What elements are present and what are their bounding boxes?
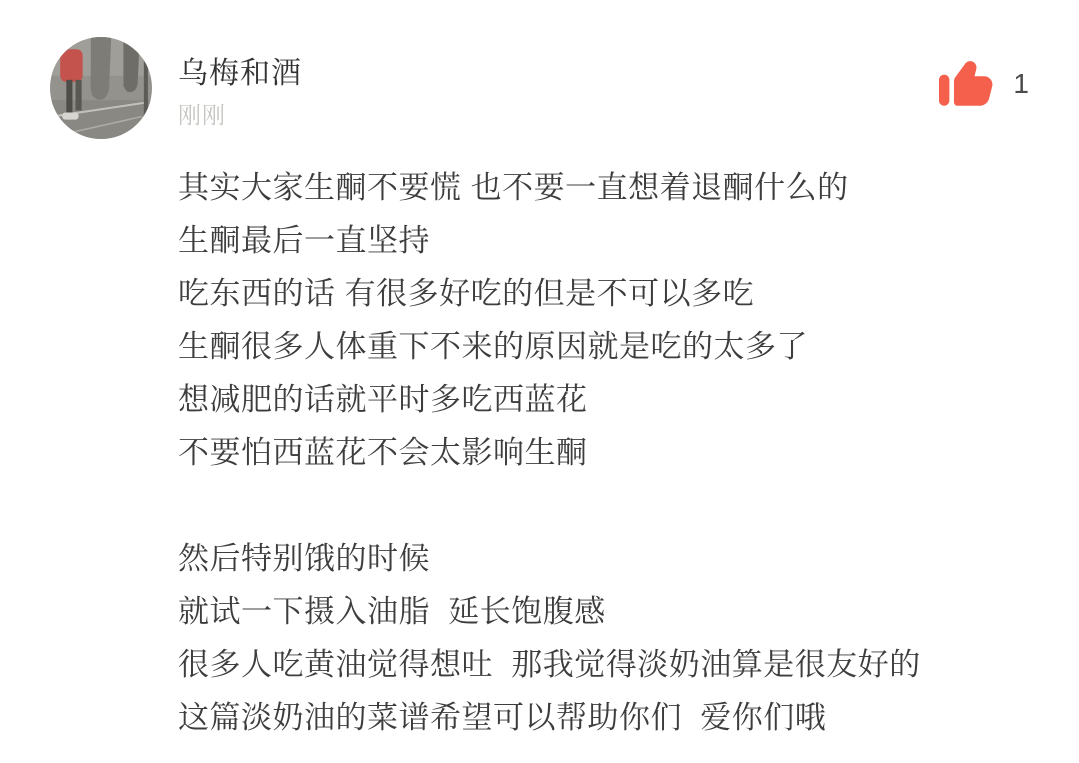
comment-text-line: 就试一下摄入油脂 延长饱腹感 [178,585,1028,638]
comment-text-line: 然后特别饿的时候 [178,532,1028,585]
comment-text-line: 生酮很多人体重下不来的原因就是吃的太多了 [178,320,1028,373]
thumb-up-icon [939,59,993,109]
like-count: 1 [1013,68,1029,100]
comment-text-line: 其实大家生酮不要慌 也不要一直想着退酮什么的 [178,161,1028,214]
comment-text-line: 想减肥的话就平时多吃西蓝花 [178,373,1028,426]
comment-body: 其实大家生酮不要慌 也不要一直想着退酮什么的生酮最后一直坚持吃东西的话 有很多好… [178,161,1028,744]
timestamp: 刚刚 [178,97,226,130]
comment-text-line: 不要怕西蓝花不会太影响生酮 [178,426,1028,479]
comment-text-line: 吃东西的话 有很多好吃的但是不可以多吃 [178,267,1028,320]
avatar[interactable] [50,37,152,139]
like-button[interactable] [939,58,993,110]
username[interactable]: 乌梅和酒 [178,48,302,92]
comment-text-line [178,479,1028,532]
comment-text-line: 很多人吃黄油觉得想吐 那我觉得淡奶油算是很友好的 [178,638,1028,691]
comment-card: 乌梅和酒 刚刚 1 其实大家生酮不要慌 也不要一直想着退酮什么的生酮最后一直坚持… [0,0,1079,763]
comment-text-line: 生酮最后一直坚持 [178,214,1028,267]
like-group: 1 [939,58,1029,110]
comment-text-line: 这篇淡奶油的菜谱希望可以帮助你们 爱你们哦 [178,691,1028,744]
avatar-photo [50,37,152,139]
